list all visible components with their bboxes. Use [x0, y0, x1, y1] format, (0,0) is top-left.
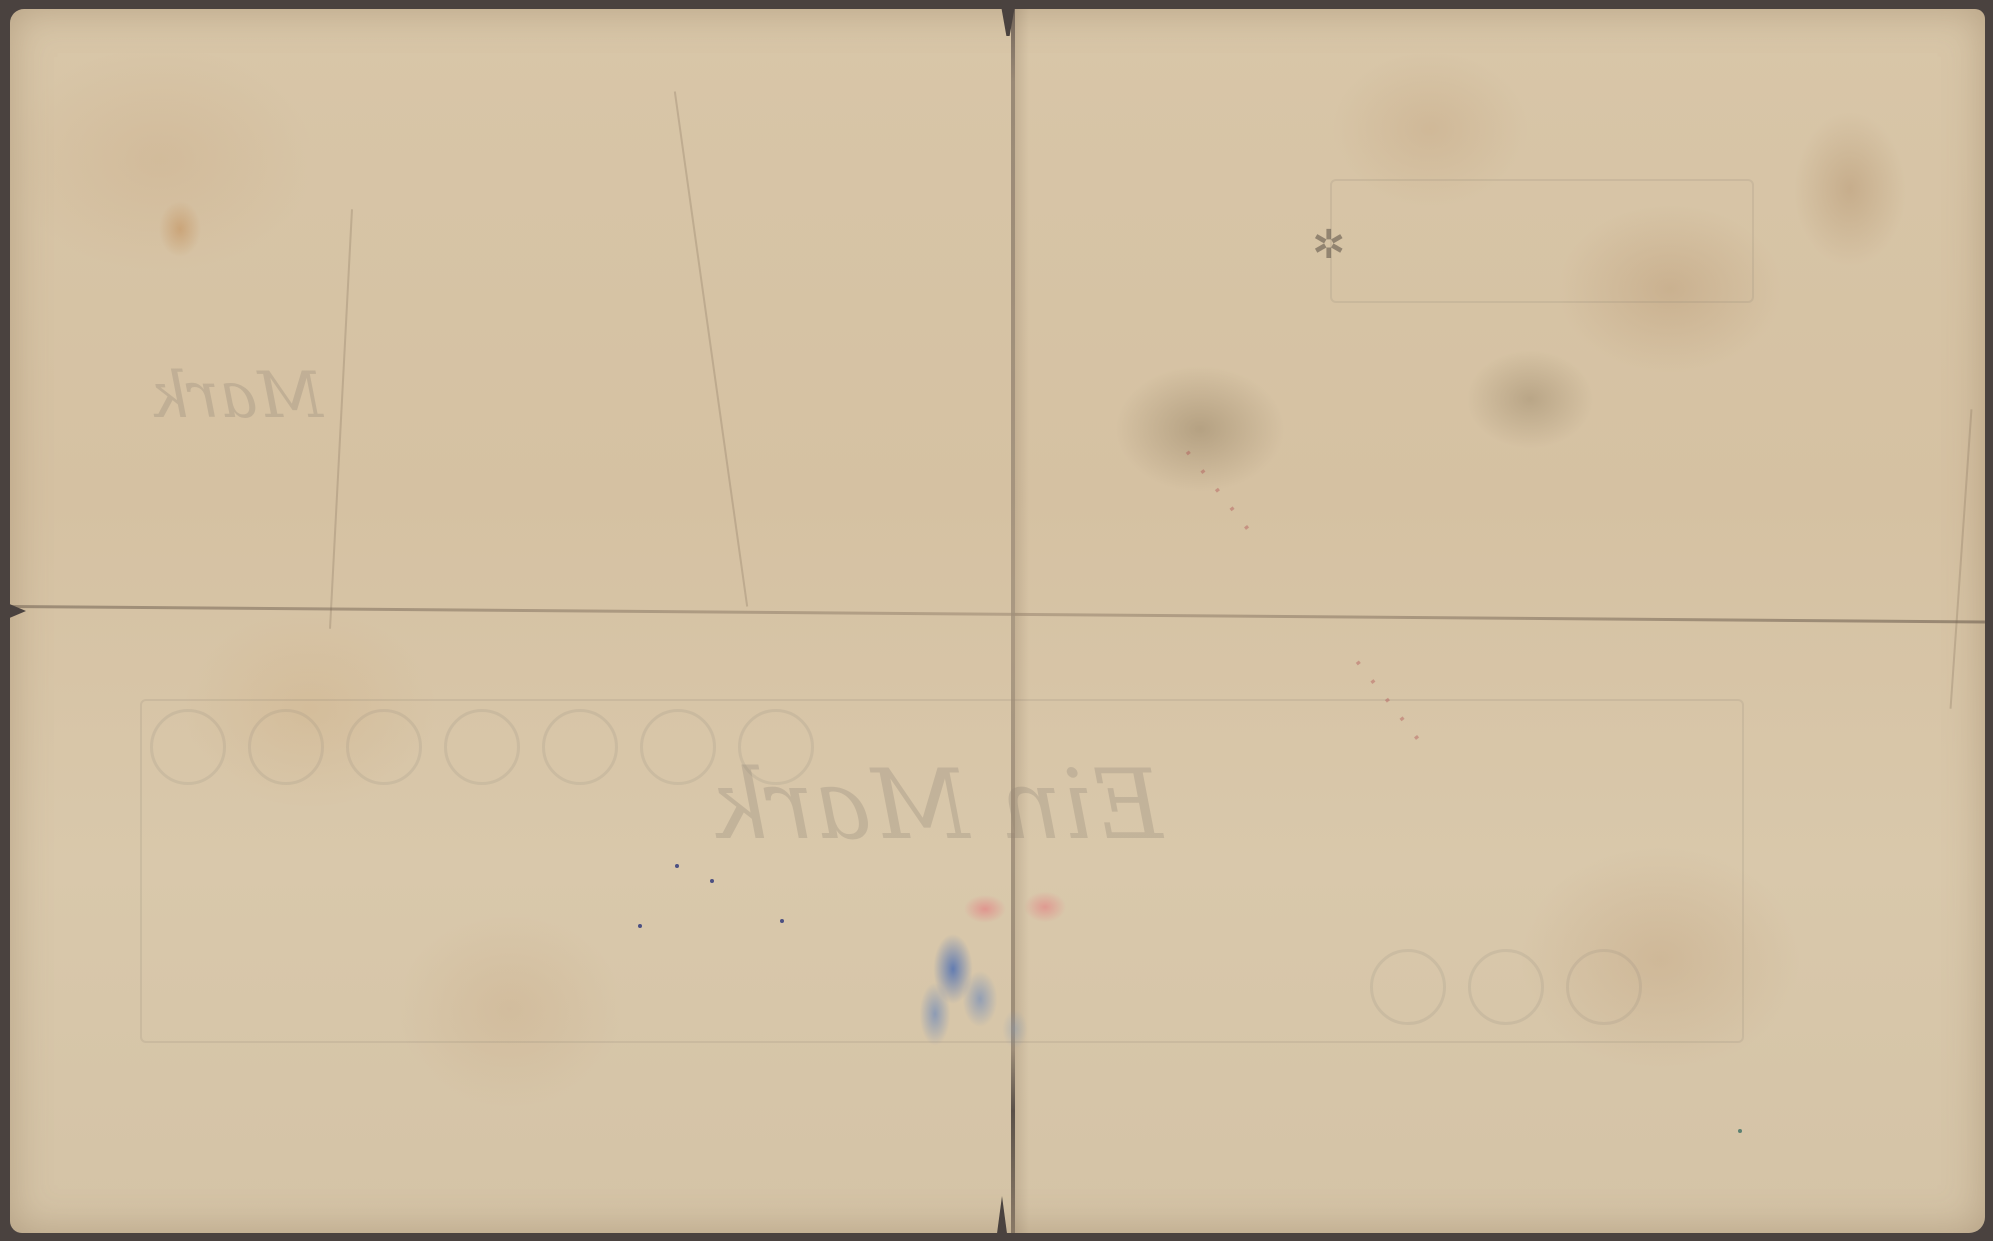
- blue-ink-smudge: [905, 919, 1035, 1059]
- show-through-script-upper: Mark: [150, 359, 323, 433]
- crease-mid: [674, 91, 748, 606]
- crease-right: [1950, 409, 1973, 708]
- ornament: [346, 709, 422, 785]
- banknote-reverse: Mark Ein Mark ✲ ····· ·····: [10, 9, 1985, 1233]
- ornament: [150, 709, 226, 785]
- star-mark-icon: ✲: [1312, 222, 1346, 268]
- show-through-ornaments-right: [1370, 949, 1642, 1025]
- ink-dot: [1738, 1129, 1742, 1133]
- ink-dot: [780, 919, 784, 923]
- show-through-script-lower: Ein Mark: [710, 749, 1163, 861]
- red-stamp-text-1: ·····: [1171, 438, 1267, 550]
- ornament: [542, 709, 618, 785]
- ink-dot: [710, 879, 714, 883]
- ornament: [1370, 949, 1446, 1025]
- ornament: [1566, 949, 1642, 1025]
- show-through-frame-top: [1330, 179, 1754, 303]
- ink-dot: [638, 924, 642, 928]
- ornament: [444, 709, 520, 785]
- ornament: [640, 709, 716, 785]
- crease-left: [329, 209, 353, 629]
- horizontal-fold: [10, 605, 1985, 624]
- ornament: [248, 709, 324, 785]
- ink-dot: [675, 864, 679, 868]
- ornament: [1468, 949, 1544, 1025]
